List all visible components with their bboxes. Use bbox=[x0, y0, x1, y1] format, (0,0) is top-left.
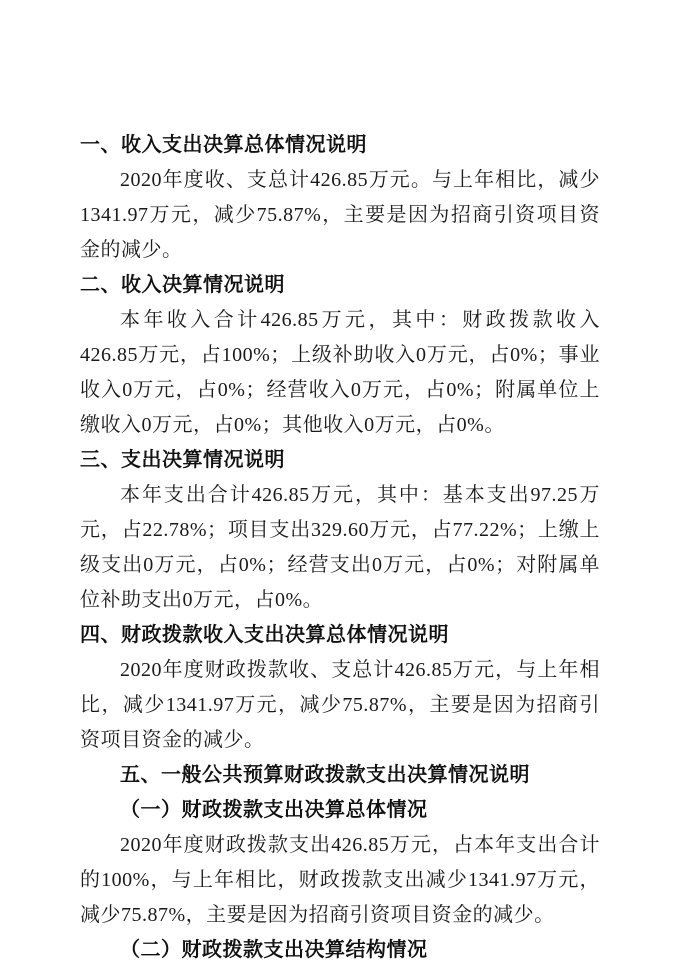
subsection-5-1-heading: （一）财政拨款支出决算总体情况 bbox=[80, 793, 600, 828]
subsection-5-1-paragraph-1: 2020年度财政拨款支出426.85万元，占本年支出合计的100%，与上年相比，… bbox=[80, 828, 600, 933]
section-2-heading: 二、收入决算情况说明 bbox=[80, 268, 600, 303]
section-4-heading: 四、财政拨款收入支出决算总体情况说明 bbox=[80, 618, 600, 653]
section-3-paragraph-1: 本年支出合计426.85万元，其中：基本支出97.25万元，占22.78%；项目… bbox=[80, 478, 600, 618]
section-5-heading: 五、一般公共预算财政拨款支出决算情况说明 bbox=[80, 758, 600, 793]
section-1-paragraph-1: 2020年度收、支总计426.85万元。与上年相比，减少1341.97万元，减少… bbox=[80, 163, 600, 268]
section-1-heading: 一、收入支出决算总体情况说明 bbox=[80, 128, 600, 163]
section-4-paragraph-1: 2020年度财政拨款收、支总计426.85万元，与上年相比，减少1341.97万… bbox=[80, 653, 600, 758]
document-body: 一、收入支出决算总体情况说明 2020年度收、支总计426.85万元。与上年相比… bbox=[80, 128, 600, 965]
subsection-5-2-heading: （二）财政拨款支出决算结构情况 bbox=[80, 933, 600, 965]
document-page: 一、收入支出决算总体情况说明 2020年度收、支总计426.85万元。与上年相比… bbox=[0, 0, 682, 965]
section-3-heading: 三、支出决算情况说明 bbox=[80, 443, 600, 478]
section-2-paragraph-1: 本年收入合计426.85万元，其中：财政拨款收入426.85万元，占100%；上… bbox=[80, 303, 600, 443]
